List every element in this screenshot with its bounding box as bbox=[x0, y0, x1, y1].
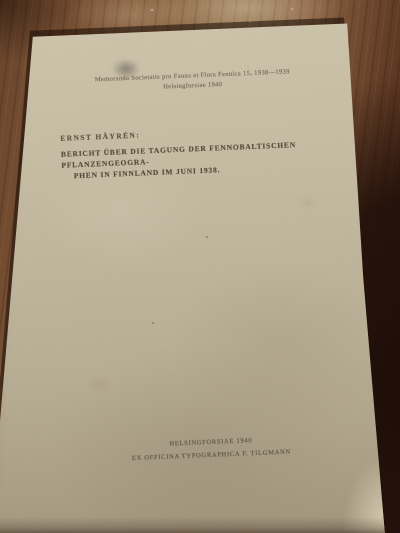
printer-imprint: HELSINGFORSIAE 1940 EX OFFICINA TYPOGRAP… bbox=[96, 431, 327, 466]
paper-speck bbox=[206, 236, 208, 238]
photo-of-offprint-cover: Memoranda Societatis pro Fauna et Flora … bbox=[0, 0, 400, 533]
cover-letterpress-content: Memoranda Societatis pro Fauna et Flora … bbox=[0, 0, 400, 533]
publication-title: BERICHT ÜBER DIE TAGUNG DER FENNOBALTISC… bbox=[61, 136, 367, 181]
offprint-cover-page: Memoranda Societatis pro Fauna et Flora … bbox=[0, 0, 400, 533]
author-name: ERNST HÄYRÉN: bbox=[60, 131, 140, 143]
journal-series-header: Memoranda Societatis pro Fauna et Flora … bbox=[75, 66, 311, 95]
paper-speck bbox=[152, 322, 154, 324]
